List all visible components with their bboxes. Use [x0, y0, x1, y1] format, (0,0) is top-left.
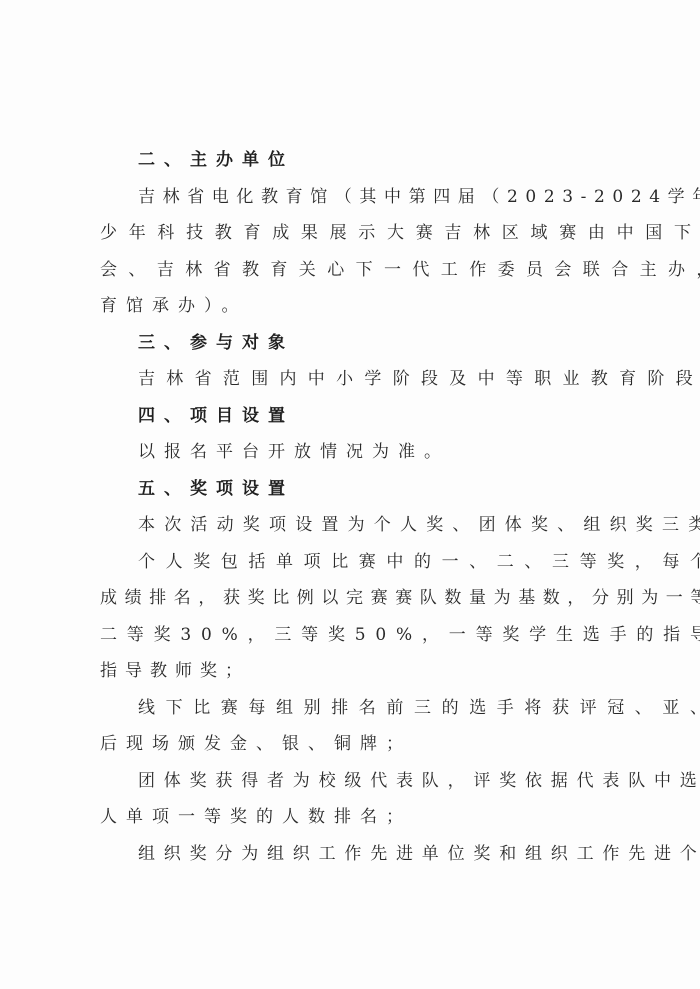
paragraph-line: 组织奖分为组织工作先进单位奖和组织工作先进个人奖，获 — [100, 836, 618, 873]
paragraph-line: 育馆承办）。 — [100, 288, 618, 325]
paragraph-line: 个人奖包括单项比赛中的一、二、三等奖，每个组别按赛队 — [100, 544, 618, 581]
paragraph-line: 二等奖30%，三等奖50%，一等奖学生选手的指导教师可获优秀 — [100, 617, 618, 654]
paragraph-line: 后现场颁发金、银、铜牌； — [100, 726, 618, 763]
paragraph-line: 吉林省范围内中小学阶段及中等职业教育阶段的在校学生。 — [100, 361, 618, 398]
section-heading-organizer: 二、主办单位 — [100, 142, 618, 179]
paragraph-line: 成绩排名，获奖比例以完赛赛队数量为基数，分别为一等奖20%， — [100, 580, 618, 617]
paragraph-line: 少年科技教育成果展示大赛吉林区域赛由中国下一代教育基金 — [100, 215, 618, 252]
paragraph-line: 本次活动奖项设置为个人奖、团体奖、组织奖三类。 — [100, 507, 618, 544]
paragraph-line: 指导教师奖； — [100, 653, 618, 690]
paragraph-line: 以报名平台开放情况为准。 — [100, 434, 618, 471]
section-heading-awards: 五、奖项设置 — [100, 471, 618, 508]
paragraph-line: 团体奖获得者为校级代表队，评奖依据代表队中选手获得个 — [100, 763, 618, 800]
section-heading-participants: 三、参与对象 — [100, 325, 618, 362]
paragraph-line: 会、吉林省教育关心下一代工作委员会联合主办，吉林省电化教 — [100, 252, 618, 289]
paragraph-line: 线下比赛每组别排名前三的选手将获评冠、亚、季军，完赛 — [100, 690, 618, 727]
paragraph-line: 人单项一等奖的人数排名； — [100, 799, 618, 836]
paragraph-line: 吉林省电化教育馆（其中第四届（2023-2024学年）全国青 — [100, 179, 618, 216]
section-heading-projects: 四、项目设置 — [100, 398, 618, 435]
document-page: 二、主办单位 吉林省电化教育馆（其中第四届（2023-2024学年）全国青 少年… — [100, 142, 618, 872]
